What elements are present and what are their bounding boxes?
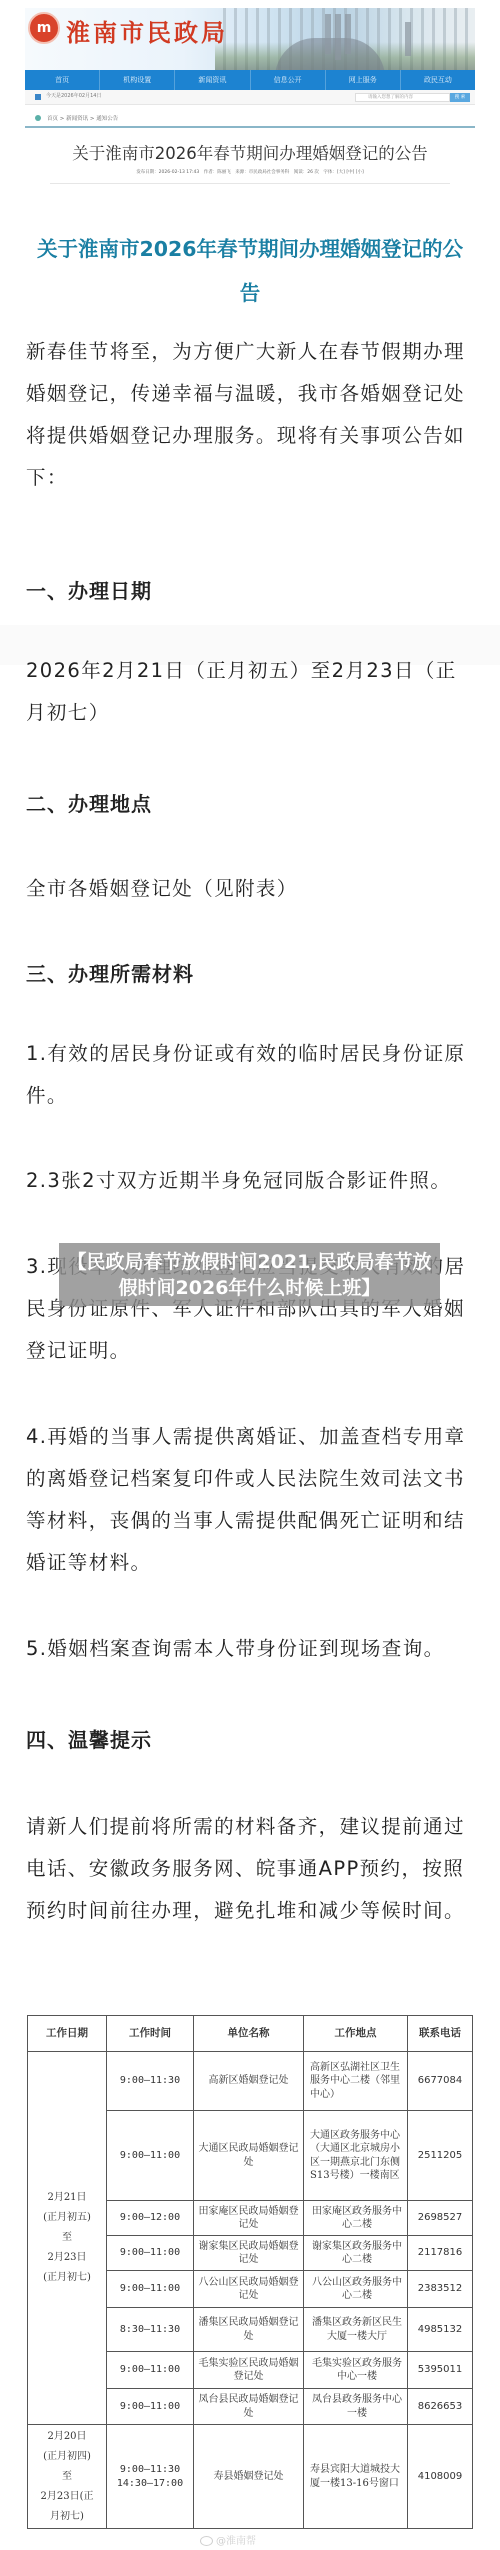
nav-item-home[interactable]: 首页 — [25, 70, 100, 90]
section-heading-tips: 四、温馨提示 — [26, 1724, 152, 1753]
header-unit-name: 单位名称 — [194, 2016, 304, 2052]
intro-paragraph: 新春佳节将至，为方便广大新人在春节假期办理婚姻登记，传递幸福与温暖，我市各婚姻登… — [26, 331, 476, 499]
table-row: 2月21日 (正月初五) 至 2月23日 (正月初七) 9:00—11:30 高… — [28, 2052, 473, 2111]
screenshot-article-title: 关于淮南市2026年春节期间办理婚姻登记的公告 — [25, 140, 475, 164]
tower-image — [405, 22, 411, 56]
watermark-text: @淮南帮 — [216, 2536, 256, 2547]
header-work-date: 工作日期 — [28, 2016, 107, 2052]
divider — [50, 183, 450, 184]
phone-cell: 2383512 — [408, 2271, 473, 2308]
logo-glyph: m — [37, 20, 52, 36]
civil-affairs-logo-icon: m — [28, 12, 60, 44]
address-cell: 潘集区政务新区民生大厦一楼大厅 — [304, 2308, 408, 2352]
unit-cell: 大通区民政局婚姻登记处 — [194, 2111, 304, 2201]
phone-cell: 8626653 — [408, 2389, 473, 2425]
section-heading-locations: 二、办理地点 — [26, 788, 152, 817]
time-cell: 9:00—11:00 — [107, 2111, 194, 2201]
main-nav: 首页 机构设置 新闻资讯 信息公开 网上服务 政民互动 — [25, 70, 475, 90]
address-cell: 高新区弘湖社区卫生服务中心二楼（邻里中心） — [304, 2052, 408, 2111]
time-cell: 9:00—11:00 — [107, 2352, 194, 2389]
material-item-2: 2.3张2寸双方近期半身免冠同版合影证件照。 — [26, 1160, 476, 1202]
phone-cell: 5395011 — [408, 2352, 473, 2389]
nav-item-news[interactable]: 新闻资讯 — [175, 70, 250, 90]
site-name: 淮南市民政局 — [66, 13, 228, 48]
nav-item-online-services[interactable]: 网上服务 — [326, 70, 401, 90]
unit-cell: 寿县婚姻登记处 — [194, 2425, 304, 2529]
header-work-location: 工作地点 — [304, 2016, 408, 2052]
address-cell: 八公山区政务服务中心二楼 — [304, 2271, 408, 2308]
table-row: 2月20日 (正月初四) 至 2月23日(正 月初七) 9:00—11:30 1… — [28, 2425, 473, 2529]
date-range-cell: 2月20日 (正月初四) 至 2月23日(正 月初七) — [28, 2425, 107, 2529]
tower-image — [325, 14, 331, 54]
time-cell: 9:00—11:30 14:30—17:00 — [107, 2425, 194, 2529]
caption-overlay-text: 【民政局春节放假时间2021,民政局春节放假时间2026年什么时候上班】 — [59, 1249, 440, 1301]
search-button[interactable]: 搜 索 — [450, 93, 470, 102]
section-body-dates: 2026年2月21日（正月初五）至2月23日（正月初七） — [26, 650, 476, 734]
section-heading-dates: 一、办理日期 — [26, 575, 152, 604]
address-cell: 凤台县政务服务中心一楼 — [304, 2389, 408, 2425]
nav-item-interaction[interactable]: 政民互动 — [401, 70, 475, 90]
date-search-bar: 今天是2026年02月14日 请输入您想了解的内容 搜 索 — [25, 90, 475, 105]
registration-schedule-table: 工作日期 工作时间 单位名称 工作地点 联系电话 2月21日 (正月初五) 至 … — [27, 2015, 473, 2529]
time-cell: 9:00—11:00 — [107, 2389, 194, 2425]
breadcrumb: 首页 > 新闻资讯 > 通知公告 — [25, 110, 475, 128]
header-work-time: 工作时间 — [107, 2016, 194, 2052]
caption-overlay: 【民政局春节放假时间2021,民政局春节放假时间2026年什么时候上班】 — [59, 1243, 440, 1306]
unit-cell: 高新区婚姻登记处 — [194, 2052, 304, 2111]
section-body-locations: 全市各婚姻登记处（见附表） — [26, 868, 476, 910]
unit-cell: 毛集实验区民政局婚姻登记处 — [194, 2352, 304, 2389]
time-cell: 9:00—11:00 — [107, 2271, 194, 2308]
screenshot-article-meta: 发布日期：2026-02-13 17:43 作者：陈丽飞 来源：市民政局社会事务… — [25, 169, 475, 175]
unit-cell: 凤台县民政局婚姻登记处 — [194, 2389, 304, 2425]
search-input[interactable]: 请输入您想了解的内容 — [355, 93, 450, 102]
time-cell: 8:30—11:30 — [107, 2308, 194, 2352]
nav-item-info-disclosure[interactable]: 信息公开 — [251, 70, 326, 90]
tower-image — [345, 14, 351, 54]
nav-item-organization[interactable]: 机构设置 — [100, 70, 175, 90]
phone-cell: 2117816 — [408, 2236, 473, 2271]
calendar-icon — [35, 94, 41, 100]
material-item-4: 4.再婚的当事人需提供离婚证、加盖查档专用章的离婚登记档案复印件或人民法院生效司… — [26, 1416, 476, 1584]
website-screenshot-header: m 淮南市民政局 首页 机构设置 新闻资讯 信息公开 网上服务 政民互动 今天是… — [0, 0, 500, 192]
phone-cell: 2511205 — [408, 2111, 473, 2201]
today-date: 今天是2026年02月14日 — [46, 92, 101, 99]
article-title: 关于淮南市2026年春节期间办理婚姻登记的公告 — [30, 227, 470, 315]
phone-cell: 4985132 — [408, 2308, 473, 2352]
location-pin-icon — [35, 115, 41, 121]
time-cell: 9:00—12:00 — [107, 2201, 194, 2236]
section-body-tips: 请新人们提前将所需的材料备齐，建议提前通过电话、安徽政务服务网、皖事通APP预约… — [26, 1806, 476, 1932]
date-range-cell: 2月21日 (正月初五) 至 2月23日 (正月初七) — [28, 2052, 107, 2425]
unit-cell: 八公山区民政局婚姻登记处 — [194, 2271, 304, 2308]
address-cell: 毛集实验区政务服务中心一楼 — [304, 2352, 408, 2389]
material-item-1: 1.有效的居民身份证或有效的临时居民身份证原件。 — [26, 1033, 476, 1117]
section-heading-materials: 三、办理所需材料 — [26, 958, 194, 987]
phone-cell: 4108009 — [408, 2425, 473, 2529]
table-header-row: 工作日期 工作时间 单位名称 工作地点 联系电话 — [28, 2016, 473, 2052]
time-cell: 9:00—11:00 — [107, 2236, 194, 2271]
address-cell: 大通区政务服务中心（大通区北京城房小区一期燕京北门东侧S13号楼）一楼南区 — [304, 2111, 408, 2201]
unit-cell: 谢家集区民政局婚姻登记处 — [194, 2236, 304, 2271]
unit-cell: 潘集区民政局婚姻登记处 — [194, 2308, 304, 2352]
weibo-watermark: @淮南帮 — [200, 2532, 256, 2547]
address-cell: 田家庵区政务服务中心二楼 — [304, 2201, 408, 2236]
phone-cell: 6677084 — [408, 2052, 473, 2111]
tower-image — [335, 14, 341, 60]
header-phone: 联系电话 — [408, 2016, 473, 2052]
address-cell: 寿县宾阳大道城投大厦一楼13-16号窗口 — [304, 2425, 408, 2529]
unit-cell: 田家庵区民政局婚姻登记处 — [194, 2201, 304, 2236]
weibo-icon — [200, 2536, 213, 2546]
address-cell: 谢家集区政务服务中心二楼 — [304, 2236, 408, 2271]
material-item-5: 5.婚姻档案查询需本人带身份证到现场查询。 — [26, 1628, 476, 1670]
breadcrumb-text[interactable]: 首页 > 新闻资讯 > 通知公告 — [47, 114, 118, 122]
phone-cell: 2698527 — [408, 2201, 473, 2236]
time-cell: 9:00—11:30 — [107, 2052, 194, 2111]
